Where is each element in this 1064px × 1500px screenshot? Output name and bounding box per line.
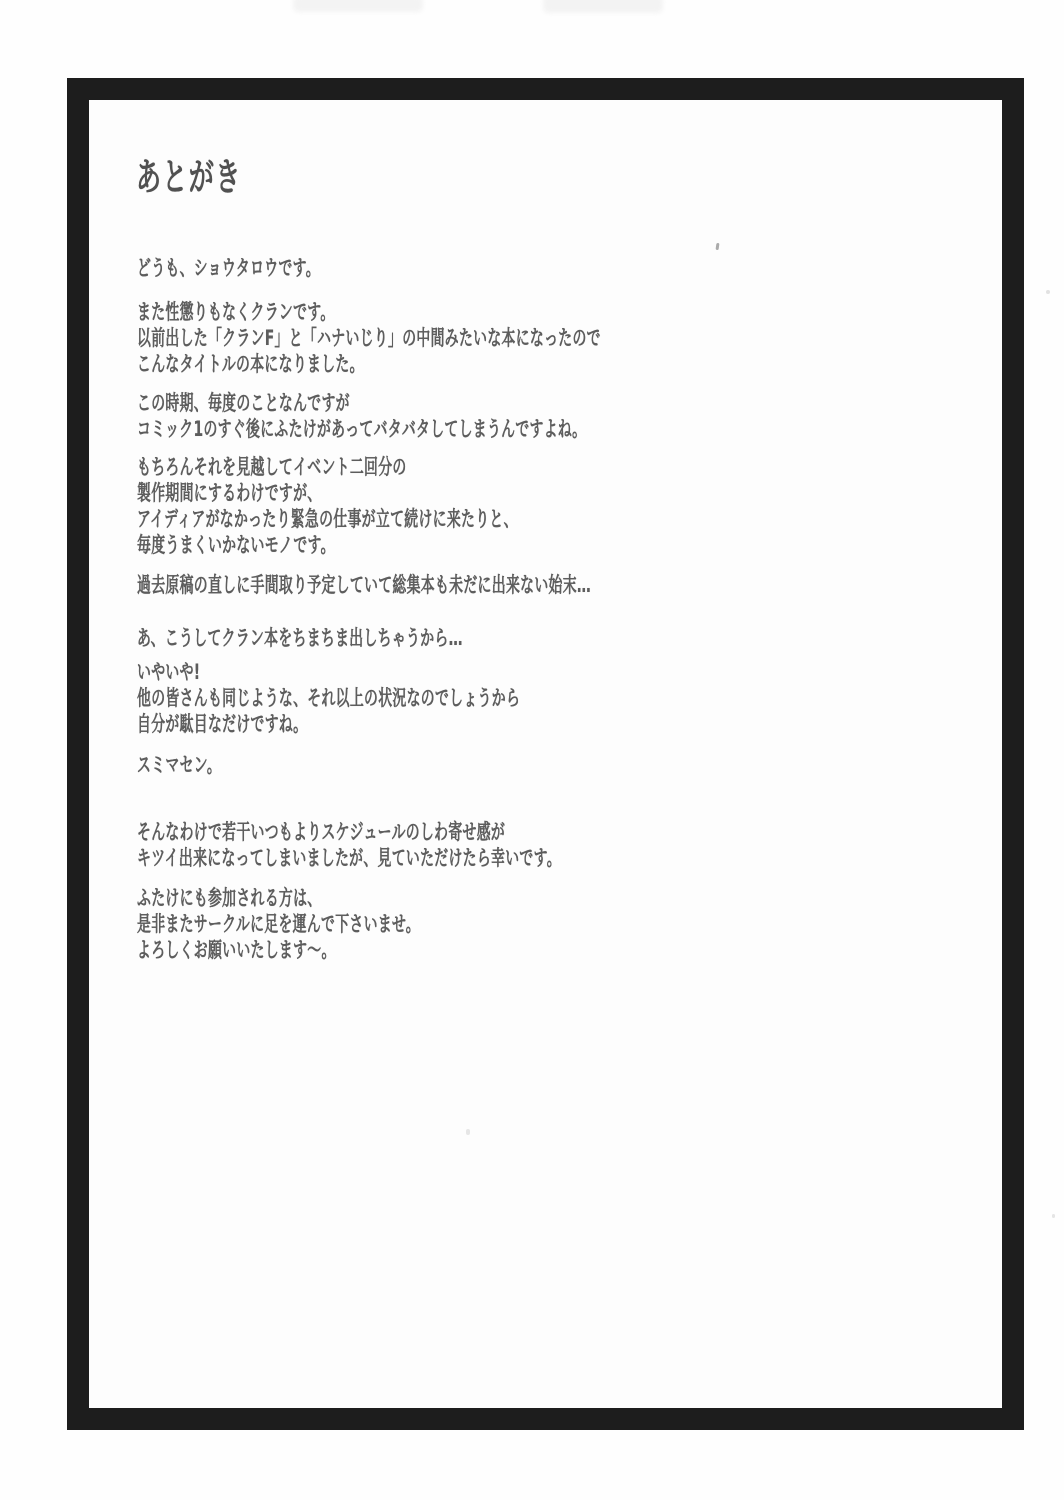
page-title: あとがき [136, 156, 242, 198]
afterword-paragraph: この時期、毎度のことなんですが コミック1のすぐ後にふたけがあってバタバタしてし… [137, 390, 1008, 442]
afterword-paragraph: いやいや! 他の皆さんも同じような、それ以上の状況なのでしょうから 自分が駄目な… [137, 659, 1008, 737]
scan-smudge [293, 0, 423, 12]
scan-speck [1046, 290, 1050, 294]
afterword-paragraph: どうも、ショウタロウです。 [137, 255, 1008, 281]
scanned-afterword-page: あとがき どうも、ショウタロウです。 また性懲りもなくクランです。 以前出した「… [0, 0, 1064, 1500]
afterword-paragraph: 過去原稿の直しに手間取り予定していて総集本も未だに出来ない始末… [137, 572, 1008, 598]
scan-smudge [543, 0, 663, 13]
afterword-paragraph: また性懲りもなくクランです。 以前出した「クランF」と「ハナいじり」の中間みたい… [137, 299, 1008, 377]
scan-speck [466, 1129, 470, 1135]
afterword-paragraph: もちろんそれを見越してイベント二回分の 製作期間にするわけですが、 アイディアが… [137, 454, 1008, 558]
afterword-paragraph: そんなわけで若干いつもよりスケジュールのしわ寄せ感が キツイ出来になってしまいま… [137, 819, 1008, 871]
afterword-paragraph: スミマセン。 [137, 752, 1008, 778]
afterword-paragraph: ふたけにも参加される方は、 是非またサークルに足を運んで下さいませ。 よろしくお… [137, 885, 1008, 963]
afterword-paragraph: あ、こうしてクラン本をちまちま出しちゃうから… [137, 625, 1008, 651]
scan-speck [1052, 1214, 1055, 1218]
